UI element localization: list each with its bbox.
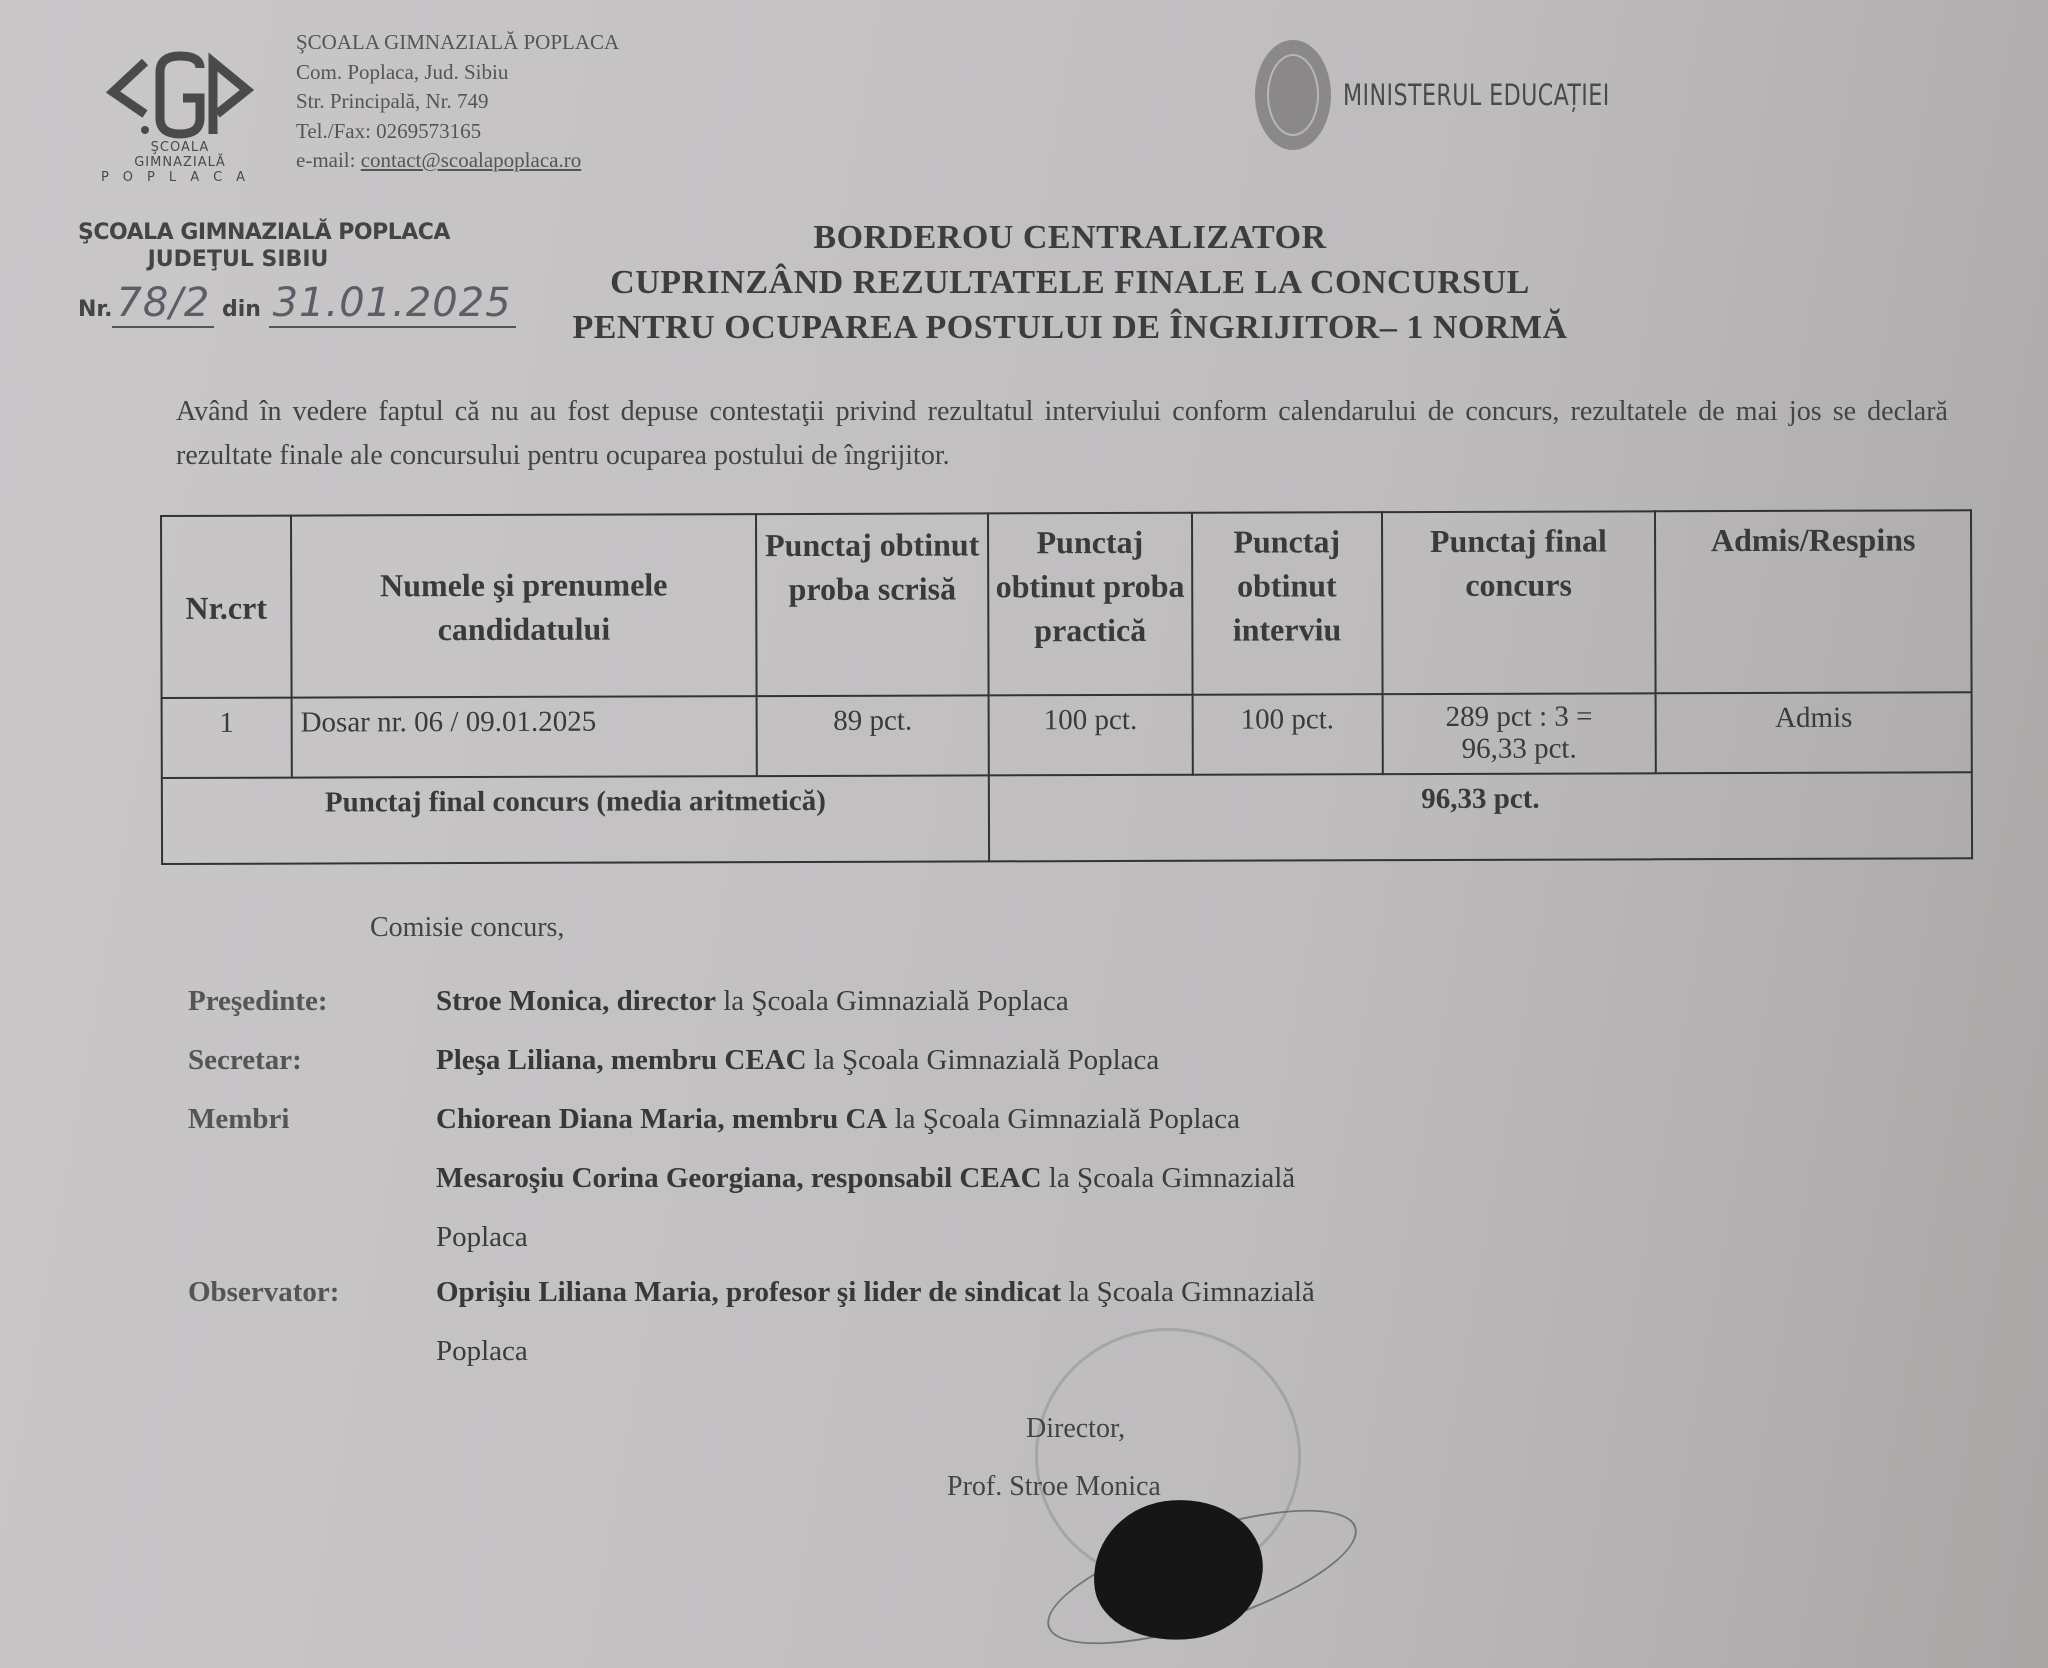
results-table: Nr.crt Numele şi prenumele candidatului … [160, 509, 1973, 865]
cell-written: 89 pct. [757, 695, 989, 776]
registration-number: 78/2 [112, 280, 214, 328]
total-value: 96,33 pct. [989, 772, 1972, 861]
school-name: ŞCOALA GIMNAZIALĂ POPLACA [296, 28, 619, 58]
header-written-score: Punctaj obtinut proba scrisă [756, 513, 988, 696]
header-candidate-name: Numele şi prenumele candidatului [291, 514, 757, 697]
total-label: Punctaj final concurs (media aritmetică) [162, 775, 989, 864]
document-title: BORDEROU CENTRALIZATOR CUPRINZÂND REZULT… [470, 215, 1670, 350]
table-header-row: Nr.crt Numele şi prenumele candidatului … [161, 510, 1972, 698]
registration-stamp: ŞCOALA GIMNAZIALĂ POPLACA JUDEŢUL SIBIU … [78, 220, 478, 328]
email-link[interactable]: contact@scoalapoplaca.ro [361, 148, 581, 172]
header-interview-score: Punctaj obtinut interviu [1192, 512, 1382, 695]
ministry-name: MINISTERUL EDUCAȚIEI [1343, 78, 1610, 112]
header-final-score: Punctaj final concurs [1382, 511, 1656, 694]
header-practical-score: Punctaj obtinut proba practică [988, 513, 1192, 696]
header-admitted-rejected: Admis/Respins [1655, 510, 1971, 693]
school-commune: Com. Poplaca, Jud. Sibiu [296, 58, 619, 88]
government-seal-icon [1255, 40, 1331, 150]
cell-result: Admis [1656, 692, 1972, 773]
cell-practical: 100 pct. [989, 695, 1193, 776]
school-contact-block: ŞCOALA GIMNAZIALĂ POPLACA Com. Poplaca, … [296, 28, 619, 176]
cell-interview: 100 pct. [1192, 694, 1382, 775]
header-nr: Nr.crt [161, 516, 291, 698]
director-title: Director, [1022, 1400, 1161, 1458]
intro-paragraph: Având în vedere faptul că nu au fost dep… [176, 390, 1948, 478]
committee-heading: Comisie concurs, [370, 912, 564, 944]
cell-candidate: Dosar nr. 06 / 09.01.2025 [291, 696, 757, 777]
registration-number-line: Nr.78/2 din 31.01.2025 [78, 280, 478, 328]
director-name: Prof. Stroe Monica [947, 1458, 1161, 1516]
school-email: e-mail: contact@scoalapoplaca.ro [296, 146, 619, 176]
stamp-school-name: ŞCOALA GIMNAZIALĂ POPLACA [78, 220, 478, 245]
director-signature-block: Director, Prof. Stroe Monica [1012, 1400, 1161, 1516]
logo-caption: ŞCOALA GIMNAZIALĂ POPLACA [100, 140, 260, 185]
cell-nr: 1 [162, 698, 292, 778]
sgp-monogram-icon [105, 50, 255, 140]
stamp-county: JUDEŢUL SIBIU [78, 247, 398, 272]
total-row: Punctaj final concurs (media aritmetică)… [162, 772, 1972, 864]
ministry-header: MINISTERUL EDUCAȚIEI [1255, 40, 1657, 150]
school-logo: ŞCOALA GIMNAZIALĂ POPLACA [100, 50, 265, 180]
cell-final: 289 pct : 3 = 96,33 pct. [1382, 693, 1656, 774]
school-street: Str. Principală, Nr. 749 [296, 87, 619, 117]
table-row: 1 Dosar nr. 06 / 09.01.2025 89 pct. 100 … [162, 692, 1972, 778]
school-phone: Tel./Fax: 0269573165 [296, 117, 619, 147]
